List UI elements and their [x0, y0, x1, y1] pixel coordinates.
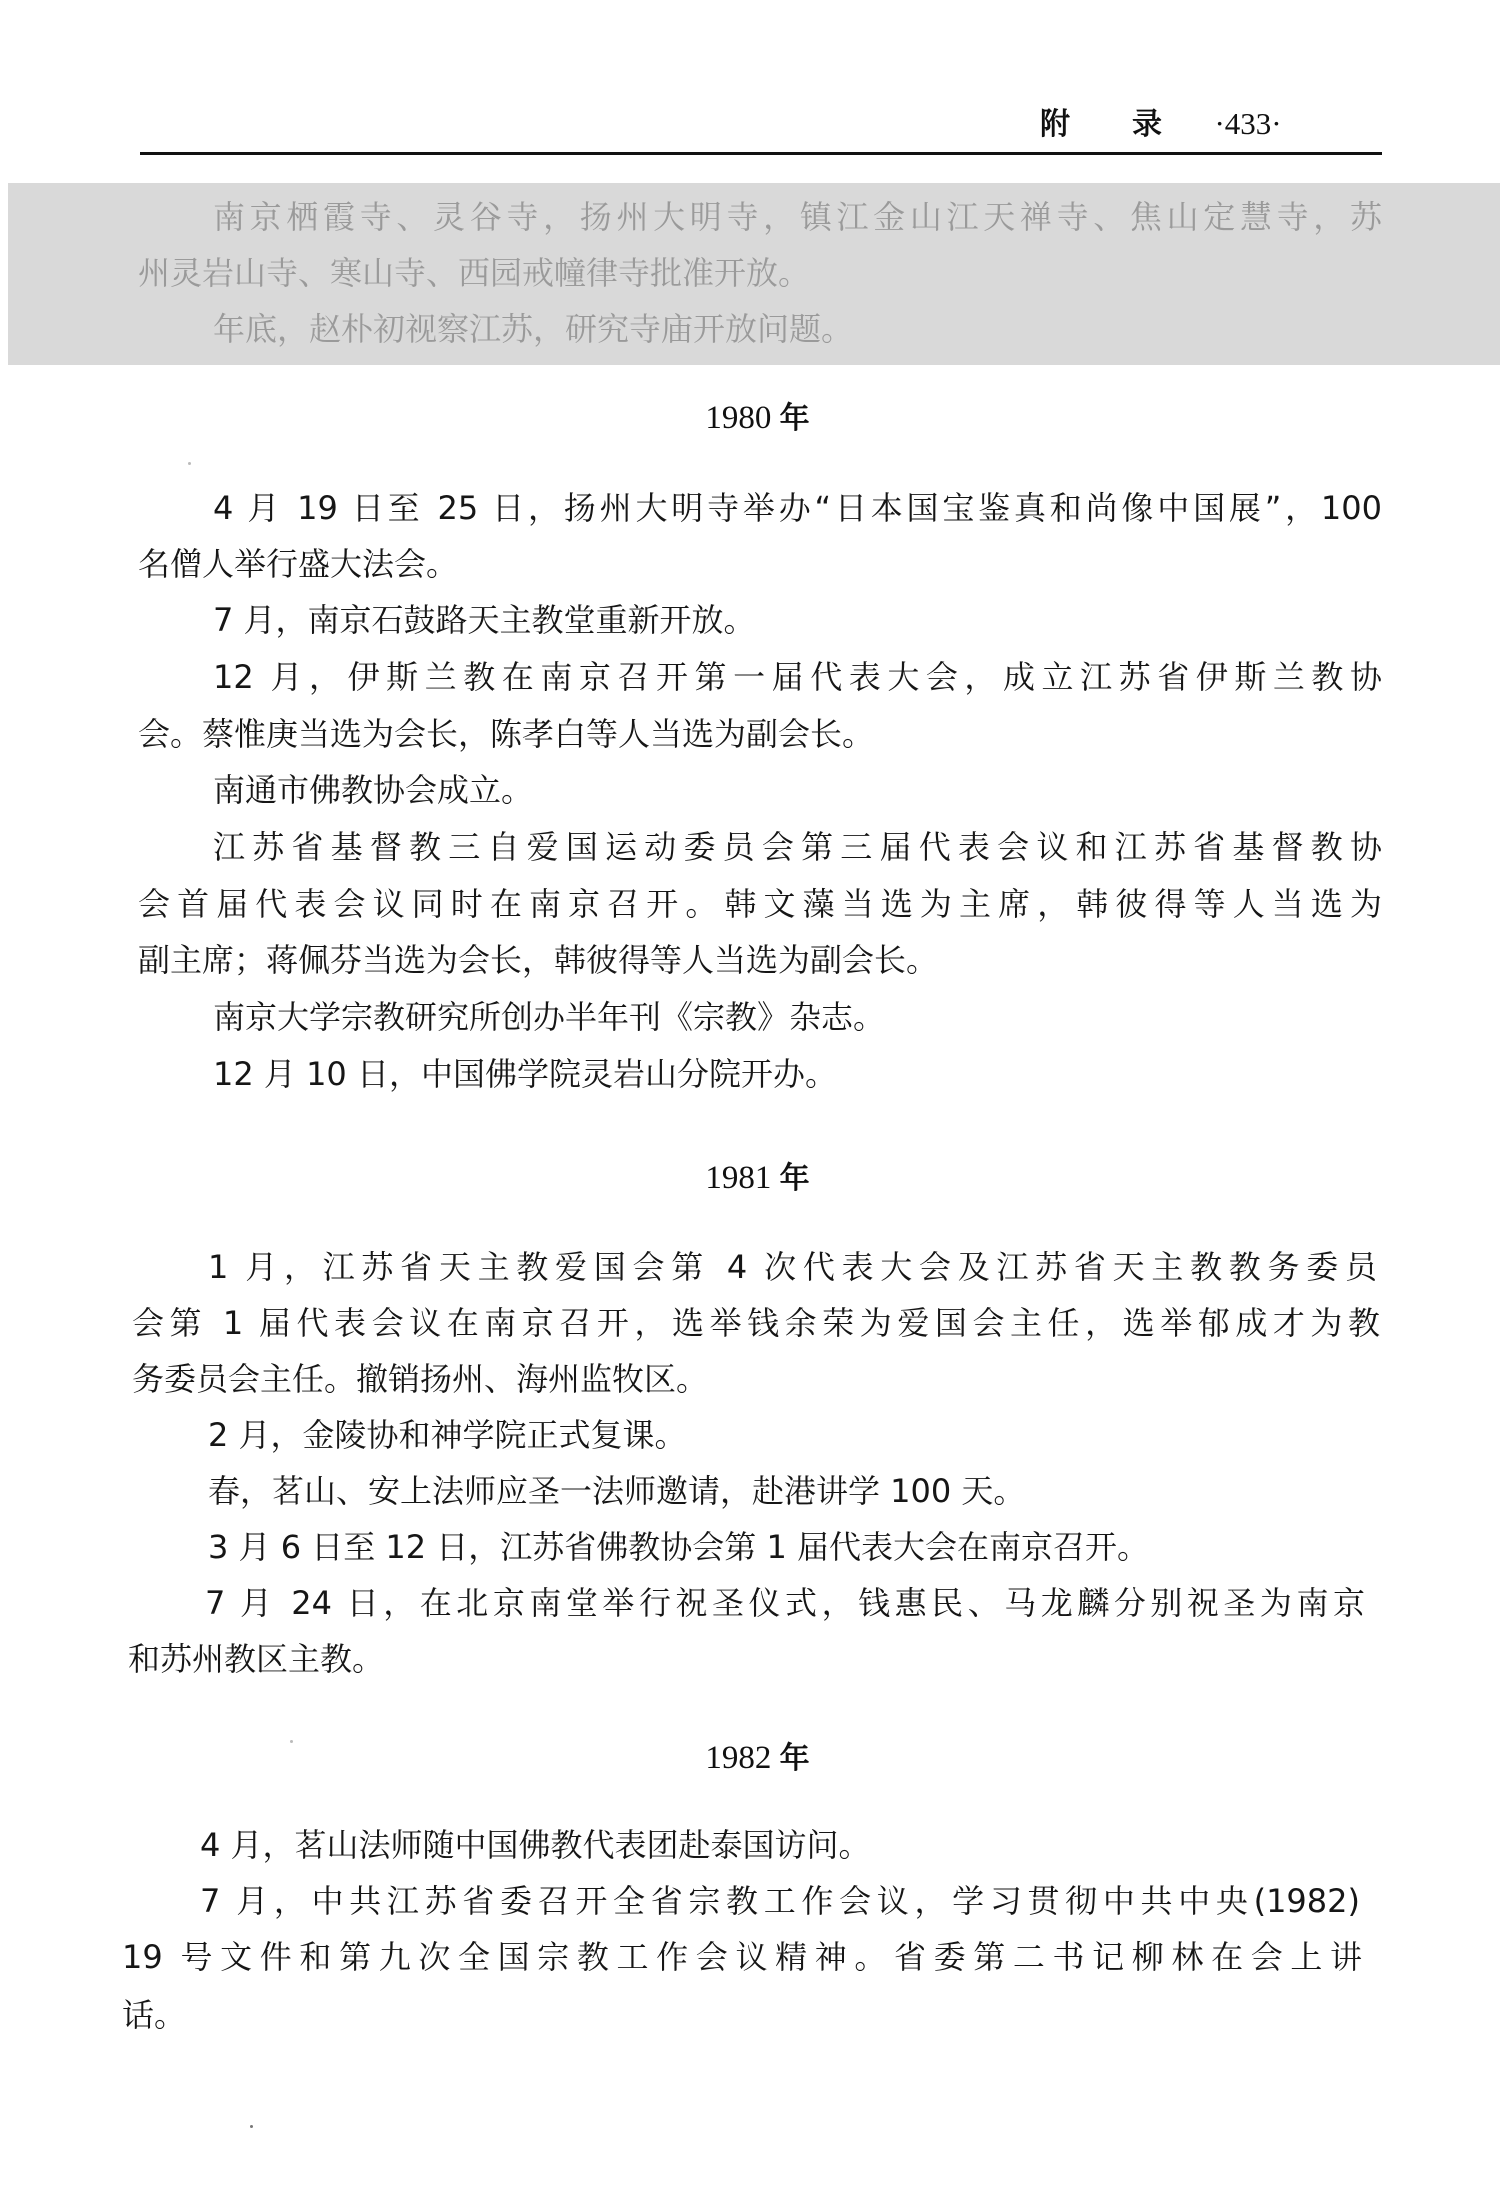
scan-speck	[250, 2125, 253, 2128]
entry-line: 和苏州教区主教。	[128, 1639, 1372, 1679]
running-head: 附录 ·433·	[1040, 104, 1282, 144]
entry-line: 2 月，金陵协和神学院正式复课。	[208, 1415, 1377, 1455]
year-heading-1982: 1982 年	[600, 1738, 915, 1778]
year-number: 1980	[705, 400, 771, 436]
entry-line: 副主席；蒋佩芬当选为会长，韩彼得等人当选为副会长。	[138, 940, 1382, 980]
entry-line: 话。	[122, 1995, 1366, 2035]
entry-line: 12 月，伊斯兰教在南京召开第一届代表大会，成立江苏省伊斯兰教协	[213, 657, 1382, 697]
year-heading-1980: 1980 年	[600, 398, 915, 438]
carryover-line: 南京栖霞寺、灵谷寺，扬州大明寺，镇江金山江天禅寺、焦山定慧寺，苏	[213, 197, 1382, 237]
entry-line: 务委员会主任。撤销扬州、海州监牧区。	[132, 1359, 1376, 1399]
entry-line: 会第 1 届代表会议在南京召开，选举钱余荣为爱国会主任，选举郁成才为教	[132, 1303, 1380, 1343]
page-number: ·433·	[1214, 106, 1281, 141]
entry-line: 7 月 24 日，在北京南堂举行祝圣仪式，钱惠民、马龙麟分别祝圣为南京	[205, 1583, 1365, 1623]
running-head-section: 附录	[1040, 107, 1224, 142]
entry-line: 7 月，中共江苏省委召开全省宗教工作会议，学习贯彻中共中央(1982)	[200, 1881, 1360, 1921]
year-number: 1981	[705, 1160, 771, 1196]
year-suffix: 年	[780, 401, 810, 436]
header-rule	[140, 152, 1382, 155]
entry-line: 江苏省基督教三自爱国运动委员会第三届代表会议和江苏省基督教协	[213, 827, 1382, 867]
scan-speck	[188, 462, 191, 465]
carryover-line: 年底，赵朴初视察江苏，研究寺庙开放问题。	[213, 309, 1457, 349]
entry-line: 名僧人举行盛大法会。	[138, 544, 1382, 584]
entry-line: 1 月，江苏省天主教爱国会第 4 次代表大会及江苏省天主教教务委员	[208, 1247, 1377, 1287]
highlighted-carryover-passage: 南京栖霞寺、灵谷寺，扬州大明寺，镇江金山江天禅寺、焦山定慧寺，苏 州灵岩山寺、寒…	[8, 183, 1500, 365]
scan-speck	[290, 1740, 293, 1743]
entry-line: 会首届代表会议同时在南京召开。韩文藻当选为主席，韩彼得等人当选为	[138, 884, 1382, 924]
entry-line: 南京大学宗教研究所创办半年刊《宗教》杂志。	[213, 997, 1382, 1037]
year-suffix: 年	[780, 1741, 810, 1776]
entry-line: 4 月 19 日至 25 日，扬州大明寺举办“日本国宝鉴真和尚像中国展”，100	[213, 488, 1382, 528]
entry-line: 7 月，南京石鼓路天主教堂重新开放。	[213, 600, 1382, 640]
year-suffix: 年	[780, 1161, 810, 1196]
entry-line: 南通市佛教协会成立。	[213, 770, 1382, 810]
year-number: 1982	[705, 1740, 771, 1776]
entry-line: 4 月，茗山法师随中国佛教代表团赴泰国访问。	[200, 1825, 1369, 1865]
entry-line: 19 号文件和第九次全国宗教工作会议精神。省委第二书记柳林在会上讲	[122, 1937, 1362, 1977]
entry-line: 会。蔡惟庚当选为会长，陈孝白等人当选为副会长。	[138, 714, 1382, 754]
entry-line: 12 月 10 日，中国佛学院灵岩山分院开办。	[213, 1054, 1382, 1094]
entry-line: 春，茗山、安上法师应圣一法师邀请，赴港讲学 100 天。	[208, 1471, 1377, 1511]
entry-line: 3 月 6 日至 12 日，江苏省佛教协会第 1 届代表大会在南京召开。	[208, 1527, 1377, 1567]
carryover-line: 州灵岩山寺、寒山寺、西园戒幢律寺批准开放。	[138, 253, 1382, 293]
year-heading-1981: 1981 年	[600, 1158, 915, 1198]
